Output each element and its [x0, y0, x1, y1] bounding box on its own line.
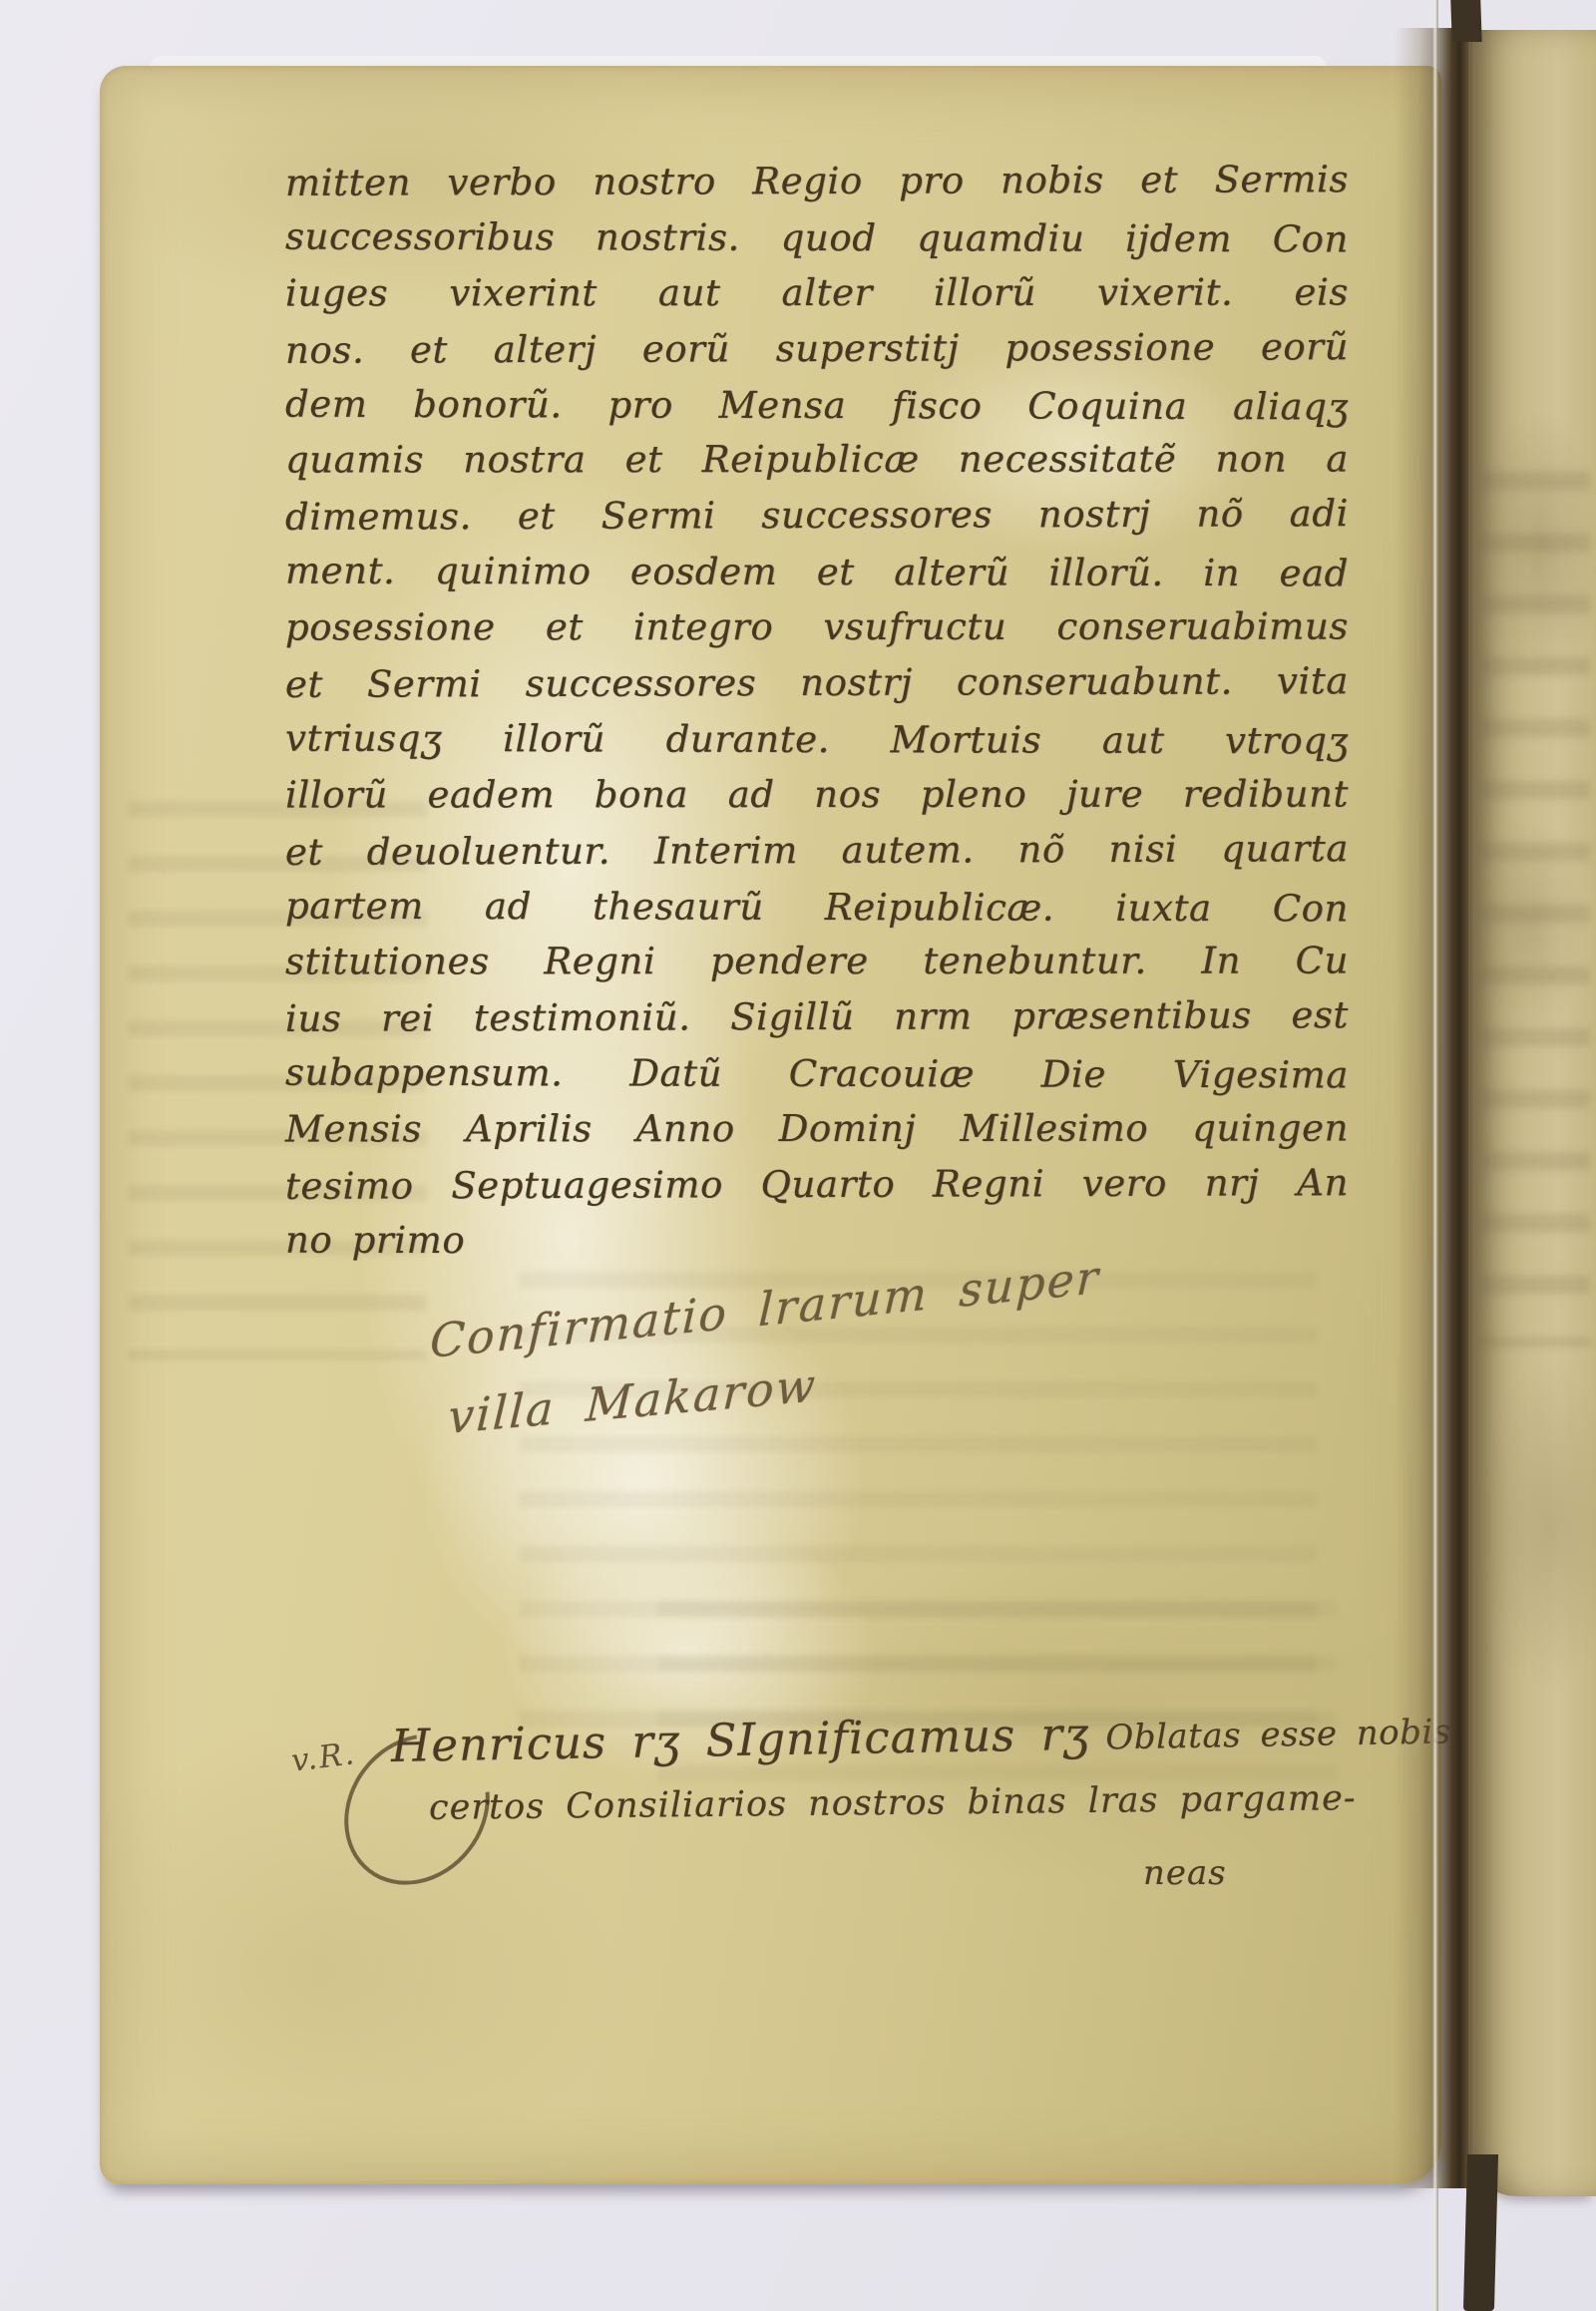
oblata-line-1-opening: Henricus rʒ SIgnificamus rʒ	[391, 1708, 1090, 1772]
book-scan-photo: mitten verbo nostro Regio pro nobis et S…	[0, 0, 1596, 2311]
oblata-line-1: Henricus rʒ SIgnificamus rʒOblatas esse …	[391, 1700, 1530, 1772]
binding-strap-bottom	[1463, 2154, 1498, 2311]
show-through-text	[1480, 449, 1590, 1347]
binding-strap-top	[1450, 0, 1481, 42]
facing-page-edge	[1470, 30, 1596, 2196]
oblata-line-2: certos Consiliarios nostros binas lras p…	[429, 1778, 1357, 1828]
margin-mark: v.R.	[289, 1735, 358, 1779]
oblata-note-block: v.R. Henricus rʒ SIgnificamus rʒOblatas …	[100, 66, 1441, 2184]
manuscript-page: mitten verbo nostro Regio pro nobis et S…	[100, 66, 1441, 2184]
acrylic-edge-line	[1432, 0, 1438, 2311]
oblata-line-3: neas	[1143, 1853, 1227, 1893]
